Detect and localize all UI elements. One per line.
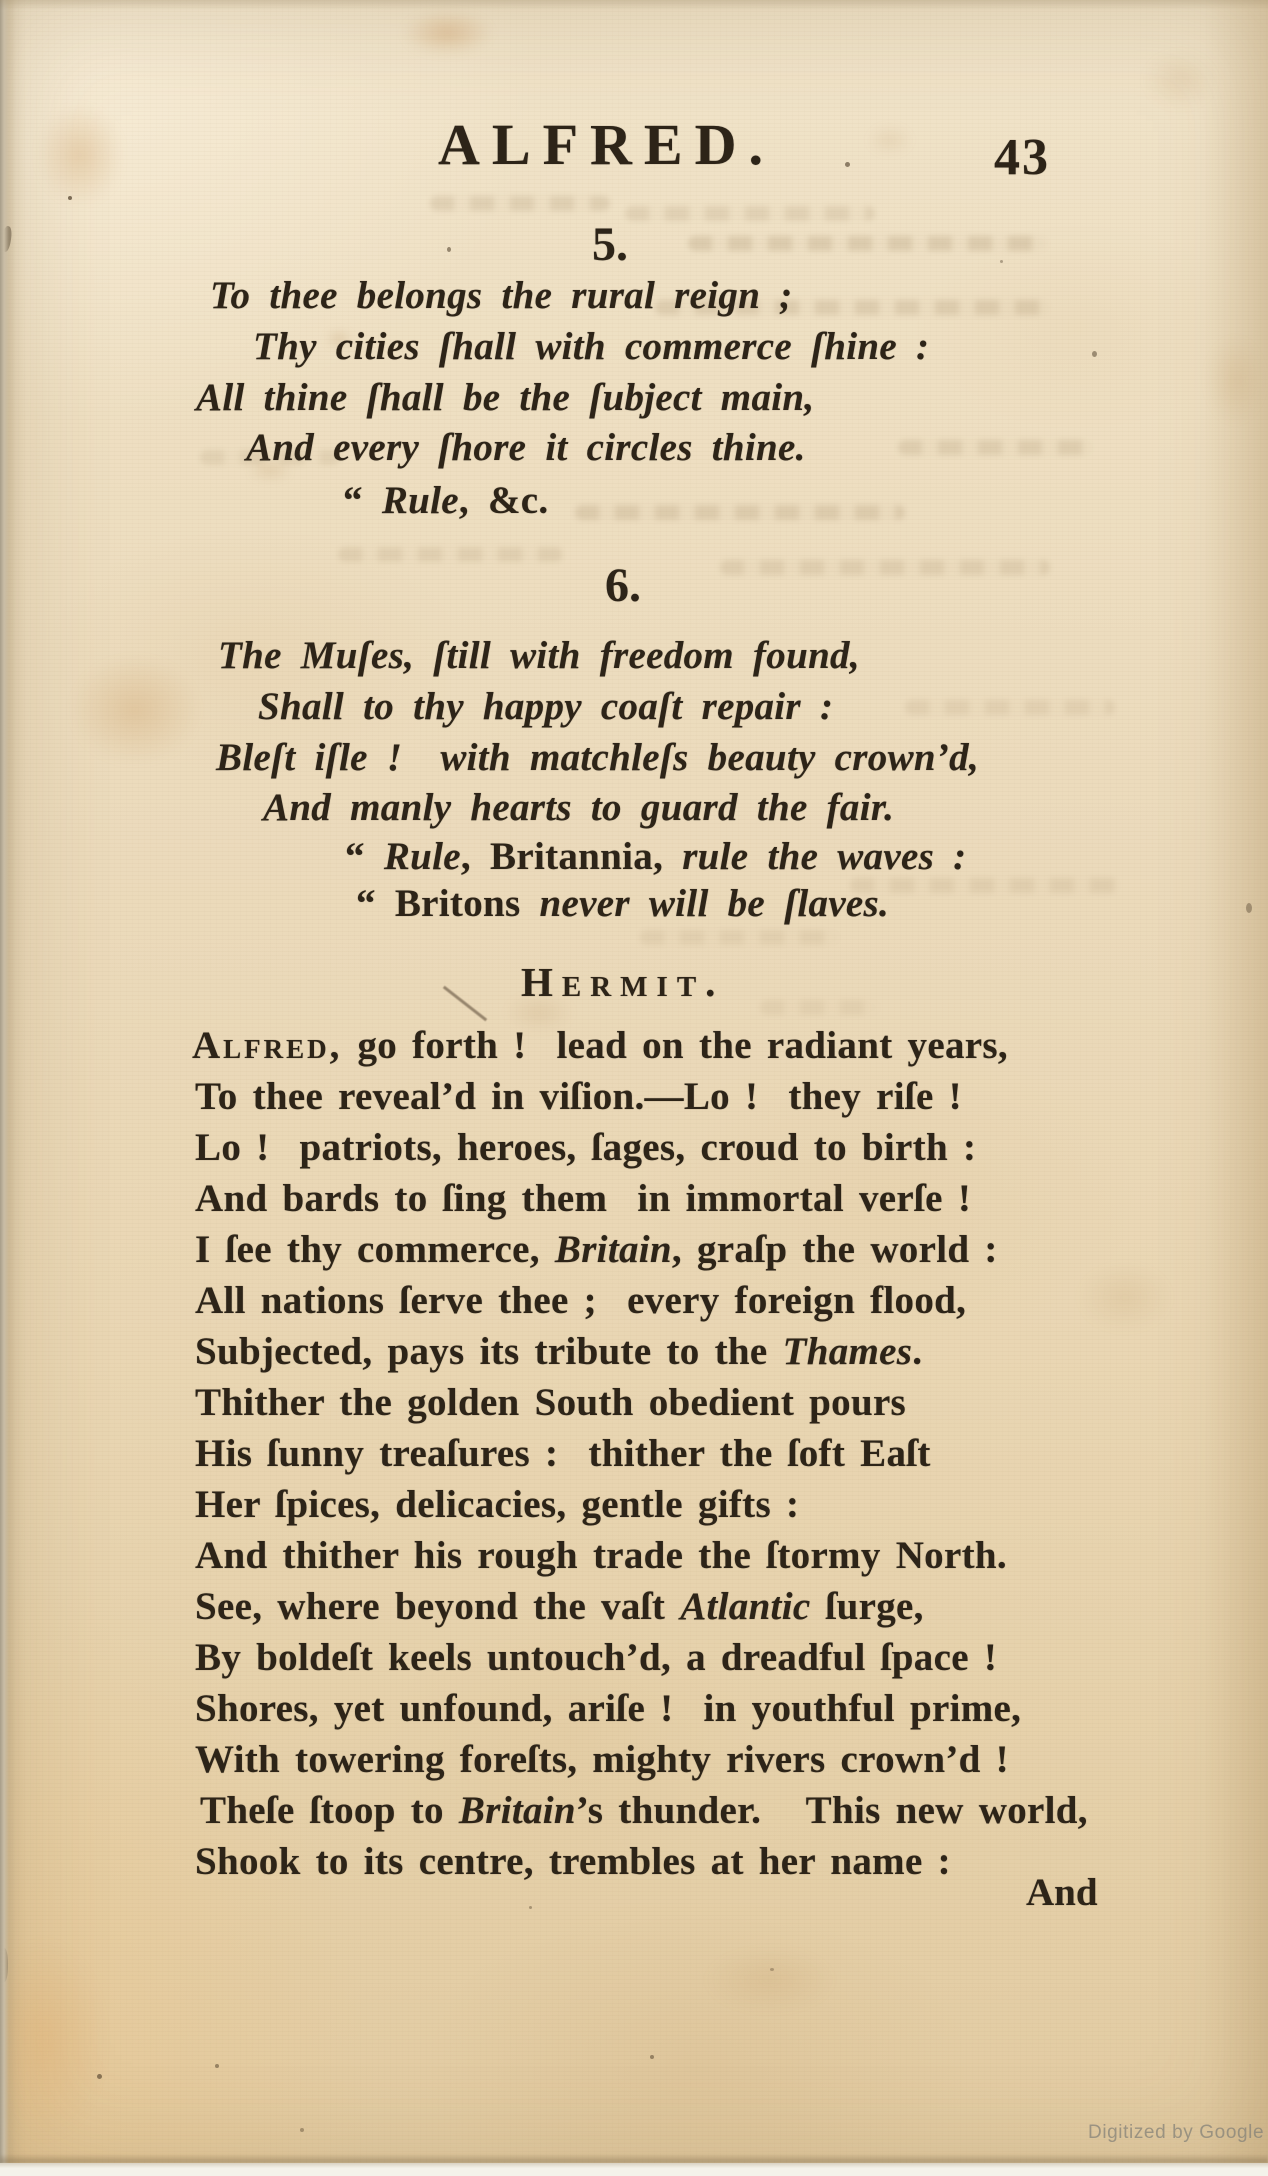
ghost-showthrough-text [760, 1000, 880, 1015]
ghost-showthrough-text [625, 206, 875, 221]
scanned-book-page: { "header": { "title": "ALFRED.", "page_… [0, 0, 1268, 2176]
verse-segment: ’s thunder. This new world, [576, 1789, 1088, 1832]
stanza-5-line-2: Thy cities ſhall with commerce ſhine : [253, 327, 929, 366]
verse-segment: Alfred, [192, 1024, 342, 1067]
speaker-heading-hermit: Hermit. [521, 962, 724, 1003]
stain [860, 120, 920, 160]
ink-speck [97, 2074, 102, 2079]
verse-segment: I ſee thy commerce, [195, 1228, 555, 1271]
hermit-line-6: All nations ſerve thee ; every foreign f… [195, 1281, 966, 1320]
running-title: ALFRED. [438, 116, 775, 174]
ink-speck [529, 1906, 532, 1909]
verse-segment: Subjected, pays its tribute to the [195, 1330, 783, 1373]
stain [1195, 320, 1268, 440]
verse-segment: “ [345, 835, 384, 878]
hermit-line-2: To thee reveal’d in viſion.—Lo ! they ri… [195, 1077, 962, 1116]
hermit-line-12: See, where beyond the vaſt Atlantic ſurg… [195, 1587, 924, 1626]
verse-segment: ſurge, [810, 1585, 923, 1628]
verse-segment: go forth ! lead on the radiant years, [342, 1024, 1007, 1067]
hermit-line-10: Her ſpices, delicacies, gentle gifts : [195, 1485, 799, 1524]
stain [45, 635, 225, 785]
hermit-line-11: And thither his rough trade the ſtormy N… [195, 1536, 1007, 1575]
page-bottom-edge-shadow [0, 2154, 1268, 2163]
page-left-edge [0, 0, 26, 2176]
verse-segment: Britain [555, 1228, 672, 1271]
verse-segment: Rule [384, 835, 461, 878]
verse-segment: Rule [382, 479, 459, 522]
hermit-line-13: By boldeſt keels untouch’d, a dreadful ſ… [195, 1638, 997, 1677]
verse-segment: , &c. [459, 479, 549, 522]
stanza-6-number: 6. [605, 562, 641, 610]
stain [1060, 1250, 1190, 1345]
ghost-showthrough-text [720, 560, 1050, 575]
stain [385, 2, 510, 64]
digitized-by-google-watermark: Digitized by Google [1088, 2122, 1264, 2144]
ink-speck [215, 2064, 219, 2068]
scratch-mark [443, 986, 487, 1022]
stanza-6-line-2: Shall to thy happy coaſt repair : [258, 687, 833, 726]
ghost-showthrough-text [430, 196, 610, 211]
verse-segment: never will be ſlaves. [540, 882, 890, 925]
ink-speck [845, 162, 850, 167]
catchword: And [1026, 1873, 1098, 1912]
hermit-line-14: Shores, yet unfound, ariſe ! in youthful… [195, 1689, 1021, 1728]
hermit-line-8: Thither the golden South obedient pours [195, 1383, 906, 1422]
stanza-5-line-4: And every ſhore it circles thine. [246, 428, 806, 467]
stain [680, 1935, 860, 2025]
stanza-6-line-1: The Muſes, ſtill with freedom found, [218, 636, 860, 675]
verse-segment: Thames [783, 1330, 913, 1373]
ghost-showthrough-text [575, 505, 905, 520]
scan-background-strip [0, 2163, 1268, 2176]
stanza-6-line-3: Bleſt iſle ! with matchleſs beauty crown… [216, 738, 979, 777]
verse-segment: “ [343, 479, 382, 522]
ink-speck [300, 2128, 304, 2132]
page-top-edge [0, 0, 1268, 10]
verse-segment: “ Britons [356, 882, 540, 925]
ink-speck [447, 247, 451, 252]
verse-segment: Atlantic [680, 1585, 810, 1628]
ghost-showthrough-text [688, 236, 1048, 251]
page-number: 43 [994, 132, 1050, 184]
ghost-showthrough-text [640, 930, 840, 945]
hermit-line-5: I ſee thy commerce, Britain, graſp the w… [195, 1230, 998, 1269]
hermit-line-15: With towering foreſts, mighty rivers cro… [195, 1740, 1009, 1779]
ink-speck [1000, 260, 1003, 263]
edge-mark [0, 226, 13, 253]
verse-segment: Theſe ſtoop to [200, 1789, 459, 1832]
verse-segment: . [912, 1330, 922, 1373]
ink-speck [1092, 351, 1097, 357]
hermit-line-7: Subjected, pays its tribute to the Thame… [195, 1332, 922, 1371]
hermit-line-16: Theſe ſtoop to Britain’s thunder. This n… [200, 1791, 1088, 1830]
hermit-line-3: Lo ! patriots, heroes, ſages, croud to b… [195, 1128, 976, 1167]
verse-segment: Britain [459, 1789, 576, 1832]
hermit-line-4: And bards to ſing them in immortal verſe… [195, 1179, 971, 1218]
stanza-6-line-4: And manly hearts to guard the fair. [263, 788, 894, 827]
verse-segment: rule the waves : [682, 835, 966, 878]
ghost-showthrough-text [905, 700, 1115, 715]
ink-speck [68, 196, 72, 200]
stain [20, 85, 140, 225]
ghost-showthrough-text [850, 878, 1120, 893]
ghost-showthrough-text [898, 440, 1093, 455]
verse-segment: , graſp the world : [672, 1228, 998, 1271]
stanza-6-refrain-1: “ Rule, Britannia, rule the waves : [345, 837, 966, 876]
edge-mark [0, 1948, 8, 1982]
hermit-line-1: Alfred, go forth ! lead on the radiant y… [192, 1026, 1008, 1065]
ink-speck [650, 2055, 654, 2059]
ghost-showthrough-text [338, 547, 563, 562]
stanza-5-line-1: To thee belongs the rural reign ; [210, 276, 793, 315]
hermit-line-17: Shook to its centre, trembles at her nam… [195, 1842, 951, 1881]
hermit-line-9: His ſunny treaſures : thither the ſoft E… [195, 1434, 931, 1473]
verse-segment: See, where beyond the vaſt [195, 1585, 680, 1628]
stanza-5-number: 5. [592, 221, 628, 269]
stanza-5-refrain: “ Rule, &c. [343, 481, 548, 520]
stain [1130, 40, 1230, 120]
ink-speck [1246, 903, 1252, 913]
verse-segment: , Britannia, [461, 835, 682, 878]
stanza-5-line-3: All thine ſhall be the ſubject main, [196, 378, 814, 417]
stain [0, 1900, 130, 2176]
ink-speck [770, 1968, 774, 1971]
stanza-6-refrain-2: “ Britons never will be ſlaves. [356, 884, 889, 923]
